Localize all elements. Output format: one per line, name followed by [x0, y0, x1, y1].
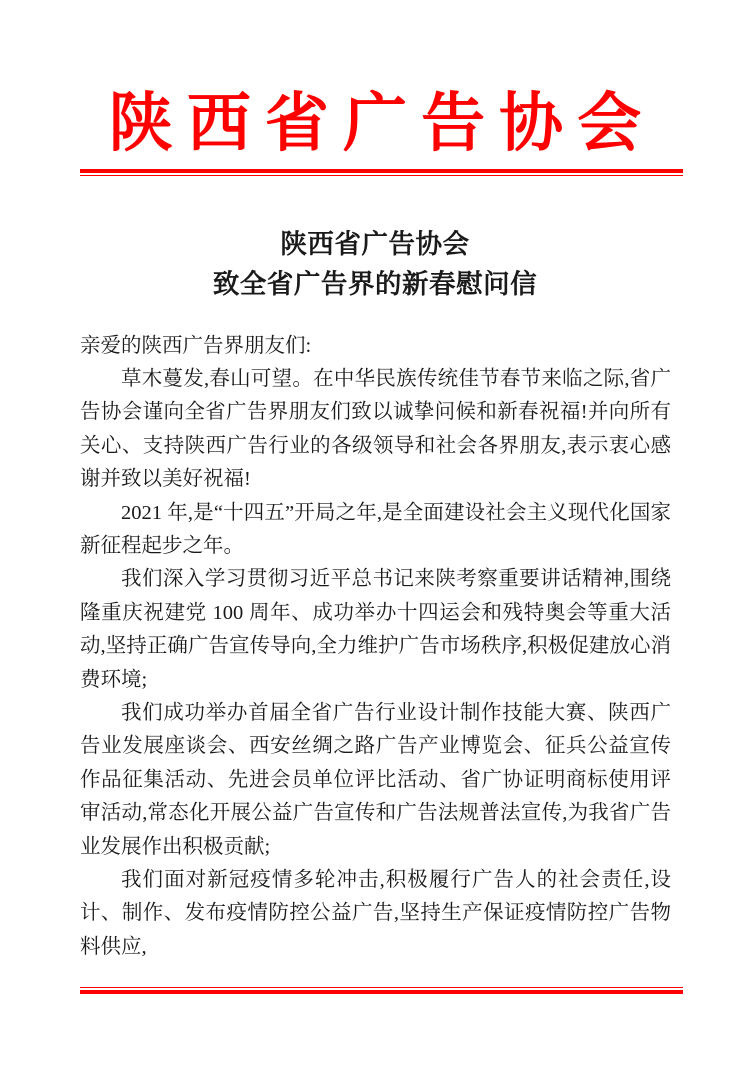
letter-paragraph: 2021 年,是“十四五”开局之年,是全面建设社会主义现代化国家新征程起步之年。 — [80, 497, 671, 564]
letter-paragraph: 我们成功举办首届全省广告行业设计制作技能大赛、陕西广告业发展座谈会、西安丝绸之路… — [80, 697, 671, 864]
letter-title: 陕西省广告协会 致全省广告界的新春慰问信 — [0, 224, 750, 304]
letterhead-divider — [80, 169, 683, 176]
letter-paragraph: 我们面对新冠疫情多轮冲击,积极履行广告人的社会责任,设计、制作、发布疫情防控公益… — [80, 864, 671, 964]
letter-paragraph: 我们深入学习贯彻习近平总书记来陕考察重要讲话精神,围绕隆重庆祝建党 100 周年… — [80, 563, 671, 697]
letter-title-line-1: 陕西省广告协会 — [0, 224, 750, 264]
letter-paragraph: 草木蔓发,春山可望。在中华民族传统佳节春节来临之际,省广告协会谨向全省广告界朋友… — [80, 363, 671, 497]
letter-title-line-2: 致全省广告界的新春慰问信 — [0, 264, 750, 304]
letterhead-banner-title: 陕西省广告协会 — [0, 0, 750, 156]
footer-divider — [80, 987, 683, 994]
letter-salutation: 亲爱的陕西广告界朋友们: — [80, 330, 671, 363]
document-page: 陕西省广告协会 陕西省广告协会 致全省广告界的新春慰问信 亲爱的陕西广告界朋友们… — [0, 0, 750, 1069]
letter-body: 亲爱的陕西广告界朋友们: 草木蔓发,春山可望。在中华民族传统佳节春节来临之际,省… — [80, 330, 671, 965]
